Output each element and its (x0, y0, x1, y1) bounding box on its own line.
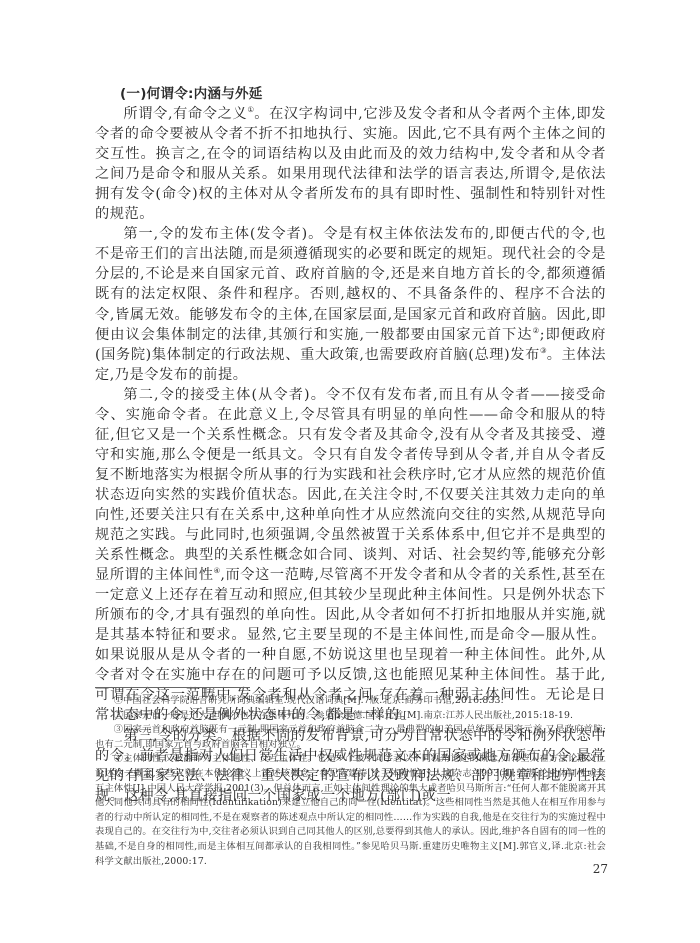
paragraph-text: 。在汉字构词中,它涉及发令者和从令者两个主体,即发令者的命令要被从令者不折不扣地… (95, 106, 606, 222)
paragraph-recipient: 第二,令的接受主体(从令者)。令不仅有发布者,而且有从令者——接受命令、实施命令… (95, 385, 606, 726)
paragraph-text: 第二,令的接受主体(从令者)。令不仅有发布者,而且有从令者——接受命令、实施命令… (95, 387, 606, 583)
paragraph-text: 第一,令的发布主体(发令者)。令是有权主体依法发布的,即便古代的令,也不是帝王们… (95, 226, 606, 342)
footnote-4: ④主体间性,又被翻译为主体通性、交互主体性。它是一个被不同学者以不同视角论述的概… (95, 752, 606, 869)
footnote-divider (95, 687, 250, 688)
paragraph-issuer: 第一,令的发布主体(发令者)。令是有权主体依法发布的,即便古代的令,也不是帝王们… (95, 224, 606, 384)
section-heading: (一)何谓令:内涵与外延 (95, 84, 606, 104)
paragraph-text: 所谓令,有命令之义 (123, 106, 247, 122)
page-number: 27 (588, 862, 608, 876)
paragraph-definition: 所谓令,有命令之义①。在汉字构词中,它涉及发令者和从令者两个主体,即发令者的命令… (95, 104, 606, 224)
journal-page: (一)何谓令:内涵与外延 所谓令,有命令之义①。在汉字构词中,它涉及发令者和从令… (0, 0, 700, 943)
footnote-ref-2[interactable]: ② (533, 326, 540, 335)
footnote-3: ③国家元首和政府首脑既有一元制,即国家元首和政府首脑合二为一,最典型的如美国,总… (95, 723, 606, 752)
footnote-2: ②国家元首一般是个人,但偶尔也存在集体元首。参见徐崇德.国家元首[M].南京:江… (95, 709, 606, 724)
footnote-ref-3[interactable]: ③ (540, 346, 547, 355)
footnote-1: ①中国社会科学院语言研究所词典编辑室.现代汉语词典[M].7版.北京:商务印书馆… (95, 694, 606, 709)
footnotes: ①中国社会科学院语言研究所词典编辑室.现代汉语词典[M].7版.北京:商务印书馆… (95, 694, 606, 869)
